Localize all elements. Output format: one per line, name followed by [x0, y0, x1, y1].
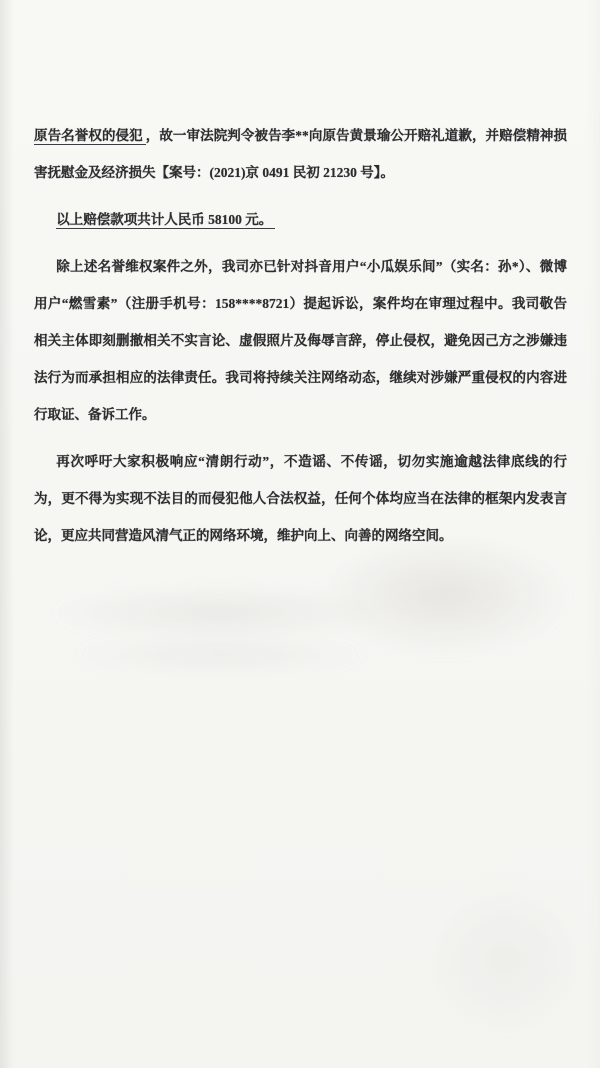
paper-bleedthrough [70, 635, 370, 675]
document-photo: 原告名誉权的侵犯，故一审法院判令被告李**向原告黄景瑜公开赔礼道歉，并赔偿精神损… [0, 0, 600, 1068]
paragraph: 原告名誉权的侵犯，故一审法院判令被告李**向原告黄景瑜公开赔礼道歉，并赔偿精神损… [34, 117, 567, 191]
paragraph: 以上赔偿款项共计人民币 58100 元。 [34, 201, 567, 238]
underlined-text: 原告名誉权的侵犯 [34, 128, 146, 145]
document-text: 原告名誉权的侵犯，故一审法院判令被告李**向原告黄景瑜公开赔礼道歉，并赔偿精神损… [34, 117, 567, 554]
paragraph: 再次呼吁大家积极响应“清朗行动”，不造谣、不传谣，切勿实施逾越法律底线的行为，更… [34, 443, 567, 554]
underlined-text: 以上赔偿款项共计人民币 58100 元。 [56, 212, 275, 229]
paragraph: 除上述名誉维权案件之外，我司亦已针对抖音用户“小瓜娱乐间”（实名：孙*）、微博用… [34, 248, 567, 433]
text-segment: 除上述名誉维权案件之外，我司亦已针对抖音用户“小瓜娱乐间”（实名：孙*）、微博用… [34, 259, 567, 422]
text-segment: 再次呼吁大家积极响应“清朗行动”，不造谣、不传谣，切勿实施逾越法律底线的行为，更… [34, 454, 567, 543]
paper-bleedthrough [50, 585, 390, 640]
paper-bleedthrough [420, 880, 590, 1040]
